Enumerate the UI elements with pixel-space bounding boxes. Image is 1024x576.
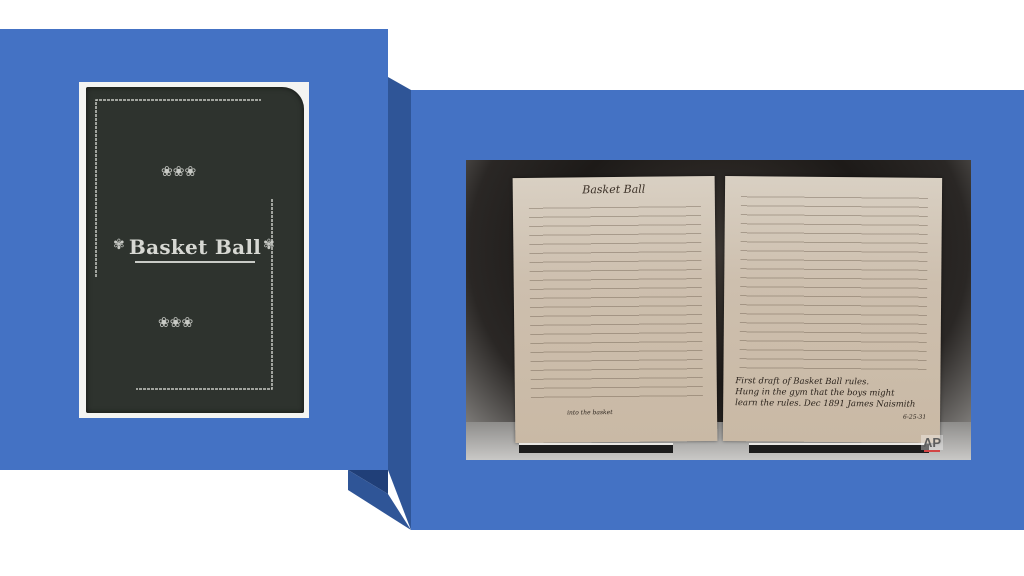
side-ornament-right: ✾ (263, 237, 275, 253)
handwritten-note: First draft of Basket Ball rules. Hung i… (735, 376, 916, 411)
typed-rules-text (739, 190, 928, 373)
rules-page-1: Basket Ball into the basket (513, 176, 718, 443)
ribbon-fold (348, 77, 411, 530)
original-rules-photo: Basket Ball into the basket First draft … (466, 160, 971, 460)
typed-rules-text (529, 200, 703, 403)
title-underline (135, 261, 255, 263)
display-stand-left (519, 443, 673, 453)
handwritten-date: 6-25-31 (903, 412, 926, 423)
floral-ornament-top: ❀❀❀ (161, 164, 196, 180)
ap-watermark: AP (921, 435, 943, 450)
page-title: Basket Ball (513, 182, 715, 197)
floral-ornament-bottom: ❀❀❀ (158, 315, 193, 331)
display-stand-right (749, 443, 929, 453)
basketball-rulebook-cover: ❀❀❀ ✾ Basket Ball ✾ ❀❀❀ (86, 87, 304, 413)
rules-page-2: First draft of Basket Ball rules. Hung i… (723, 176, 942, 443)
handwritten-insert: into the basket (567, 409, 613, 416)
